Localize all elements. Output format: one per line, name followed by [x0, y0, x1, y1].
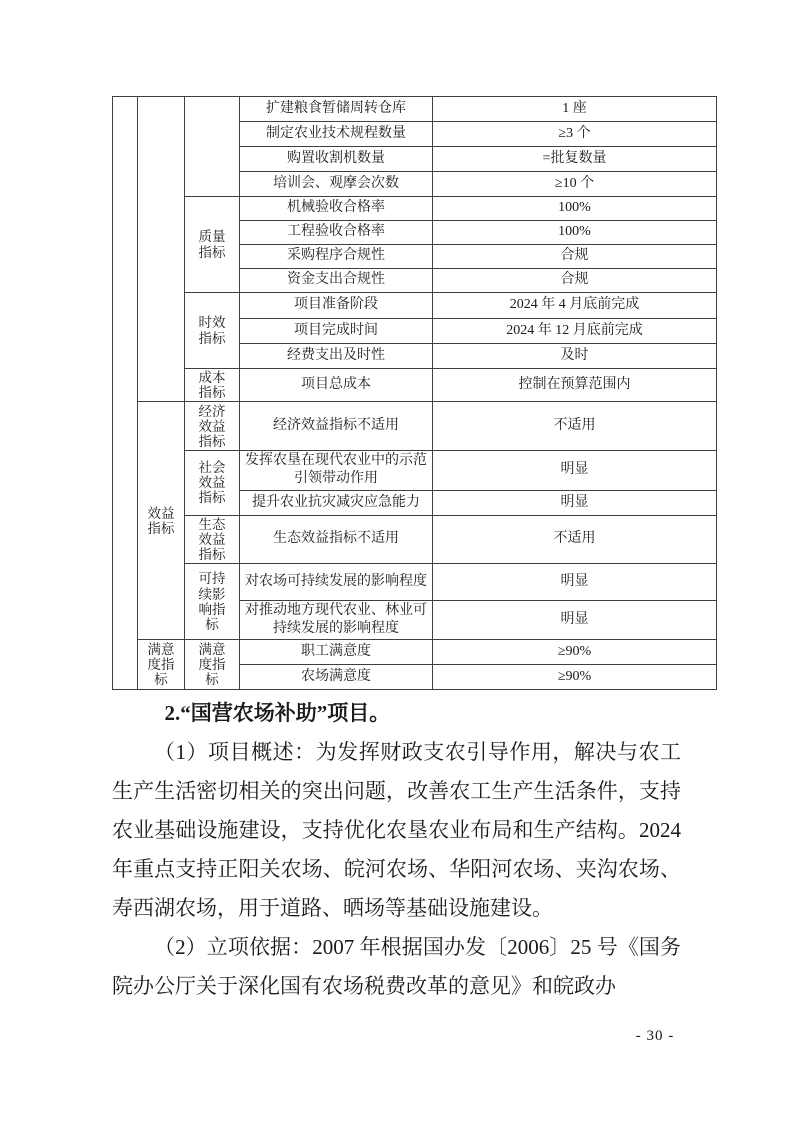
indicator-value-cell: 及时	[433, 344, 717, 369]
indicator-name-cell: 项目准备阶段	[240, 293, 433, 319]
indicator-name-cell: 机械验收合格率	[240, 197, 433, 221]
indicator-value-cell: ≥90%	[433, 665, 717, 690]
indicator-value-cell: ≥10 个	[433, 172, 717, 197]
indicator-name-cell: 农场满意度	[240, 665, 433, 690]
category-cell-benefit: 效益指标	[138, 402, 185, 640]
page-number: - 30 -	[618, 1028, 692, 1045]
subcategory-cell-timeliness: 时效指标	[185, 293, 240, 369]
table-left-spacer-cell	[113, 97, 138, 690]
indicator-name-cell: 采购程序合规性	[240, 245, 433, 269]
indicator-value-cell: 不适用	[433, 515, 717, 563]
indicator-name-cell: 制定农业技术规程数量	[240, 122, 433, 147]
subcategory-cell-ecological: 生态效益指标	[185, 515, 240, 563]
indicator-value-cell: 1 座	[433, 97, 717, 122]
indicator-value-cell: 合规	[433, 269, 717, 293]
subcategory-cell-empty	[185, 97, 240, 197]
indicator-value-cell: 明显	[433, 451, 717, 490]
indicator-name-cell: 发挥农垦在现代农业中的示范引领带动作用	[240, 451, 433, 490]
indicator-name-cell: 培训会、观摩会次数	[240, 172, 433, 197]
subcategory-cell-quality: 质量指标	[185, 197, 240, 293]
indicator-name-cell: 项目总成本	[240, 369, 433, 402]
category-cell-empty	[138, 97, 185, 402]
body-text-block: 2.“国营农场补助”项目。 （1）项目概述：为发挥财政支农引导作用，解决与农工生…	[112, 694, 681, 1006]
indicator-name-cell: 扩建粮食暂储周转仓库	[240, 97, 433, 122]
indicator-value-cell: 100%	[433, 197, 717, 221]
indicator-name-cell: 资金支出合规性	[240, 269, 433, 293]
indicator-name-cell: 提升农业抗灾减灾应急能力	[240, 490, 433, 515]
indicator-name-cell: 经费支出及时性	[240, 344, 433, 369]
subcategory-cell-satisfaction: 满意度指标	[185, 640, 240, 690]
indicator-value-cell: ≥3 个	[433, 122, 717, 147]
indicator-value-cell: 明显	[433, 563, 717, 600]
section-heading: 2.“国营农场补助”项目。	[112, 694, 681, 733]
indicator-name-cell: 经济效益指标不适用	[240, 402, 433, 451]
performance-indicator-table: 扩建粮食暂储周转仓库 1 座 制定农业技术规程数量 ≥3 个 购置收割机数量 =…	[112, 96, 717, 690]
indicator-value-cell: 不适用	[433, 402, 717, 451]
indicator-value-cell: ≥90%	[433, 640, 717, 665]
paragraph-project-basis: （2）立项依据：2007 年根据国办发〔2006〕25 号《国务院办公厅关于深化…	[112, 928, 681, 1006]
indicator-value-cell: 2024 年 12 月底前完成	[433, 319, 717, 344]
indicator-value-cell: 明显	[433, 600, 717, 639]
paragraph-project-overview: （1）项目概述：为发挥财政支农引导作用，解决与农工生产生活密切相关的突出问题，改…	[112, 733, 681, 928]
indicator-name-cell: 工程验收合格率	[240, 221, 433, 245]
indicator-name-cell: 生态效益指标不适用	[240, 515, 433, 563]
indicator-value-cell: 明显	[433, 490, 717, 515]
indicator-value-cell: 2024 年 4 月底前完成	[433, 293, 717, 319]
subcategory-cell-social: 社会效益指标	[185, 451, 240, 515]
indicator-name-cell: 项目完成时间	[240, 319, 433, 344]
indicator-name-cell: 对推动地方现代农业、林业可持续发展的影响程度	[240, 600, 433, 639]
category-cell-satisfaction: 满意度指标	[138, 640, 185, 690]
indicator-value-cell: =批复数量	[433, 147, 717, 172]
indicator-name-cell: 对农场可持续发展的影响程度	[240, 563, 433, 600]
indicator-value-cell: 合规	[433, 245, 717, 269]
indicator-name-cell: 职工满意度	[240, 640, 433, 665]
subcategory-cell-sustainability: 可持续影响指标	[185, 563, 240, 639]
subcategory-cell-economic: 经济效益指标	[185, 402, 240, 451]
indicator-value-cell: 100%	[433, 221, 717, 245]
indicator-name-cell: 购置收割机数量	[240, 147, 433, 172]
document-page: 扩建粮食暂储周转仓库 1 座 制定农业技术规程数量 ≥3 个 购置收割机数量 =…	[0, 0, 794, 1123]
subcategory-cell-cost: 成本指标	[185, 369, 240, 402]
indicator-value-cell: 控制在预算范围内	[433, 369, 717, 402]
